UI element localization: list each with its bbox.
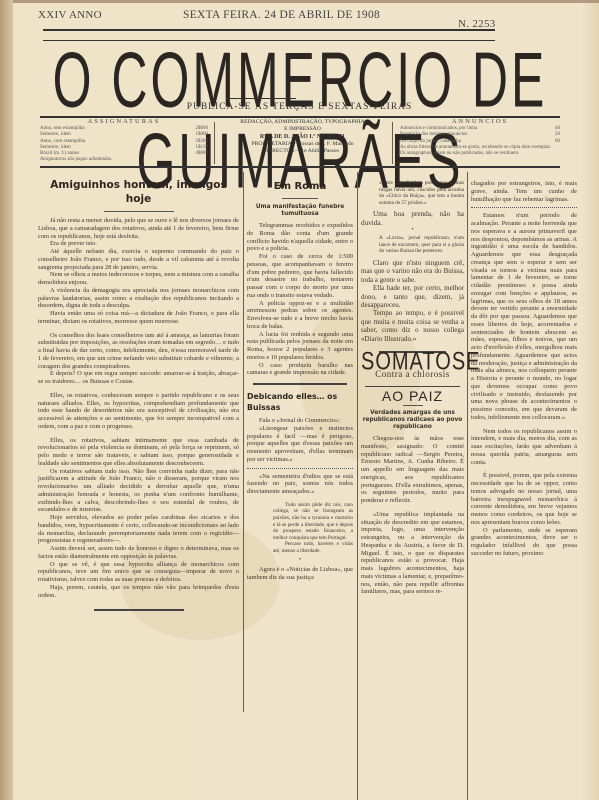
proprietor: PROPRIETARIA—Nossas de J. F. Machado (230, 141, 375, 148)
info-divider (214, 122, 215, 164)
end-ornament (94, 609, 184, 611)
subscriptions-note: Assignaturas são pagas adiantadas. (40, 157, 208, 163)
section-rule (253, 383, 347, 385)
headline-rule (403, 405, 423, 406)
publication-schedule: PUBLICA-SE ÁS TERÇAS E SEXTAS-FEIRAS (0, 102, 599, 112)
article-subhead: Verdades amargas de uns republicanos rad… (361, 410, 464, 431)
volume-label: XXIV ANNO (38, 9, 102, 21)
info-divider (392, 122, 393, 164)
page-binding-edge (0, 0, 13, 800)
article-headline: Amiguinhos hontem, inimigos hoje (38, 178, 239, 206)
article-headline: Debicando elles… os Buissas (247, 391, 353, 413)
top-edge (13, 0, 599, 3)
article-em-roma: Em Roma Uma manifestação funebre tumultu… (247, 180, 353, 582)
article-amiguinhos: Amiguinhos hontem, inimigos hoje Já não … (38, 178, 239, 611)
subscriptions-title: ASSIGNATURAS (40, 119, 208, 125)
asterism: • (361, 227, 464, 235)
column-divider (467, 172, 468, 800)
block-quote: «Entre os individuos presos nas ultimas … (379, 180, 464, 206)
block-quote: A «Lucta», jornal republicano, n'um lanc… (379, 235, 464, 255)
article-ao-paiz-continued: chagados por estrangeiros, isto, é mais … (471, 180, 577, 558)
issue-date: SEXTA FEIRA. 24 DE ABRIL DE 1908 (183, 9, 380, 21)
subscriptions-box: ASSIGNATURAS Anno, sem estampilha2$000 S… (40, 119, 208, 163)
office-address: RUA DE D. JOÃO I.º N.º 59 E 61 (260, 134, 345, 140)
block-quote: Tudo assim pôde diz nós, caro collega, s… (273, 502, 353, 555)
section-rule (365, 386, 460, 387)
somatose-ad-title: SOMATOSE (361, 358, 464, 368)
director: DIRECTOR—P.e Abilio Passos (230, 148, 375, 155)
ads-box: ANNUNCIOS Annuncios e communicados, por … (400, 119, 560, 163)
office-box: REDACÇÃO, ADMINISTRAÇÃO, TYPOGRAPHIA E I… (230, 119, 375, 155)
asterism: • (247, 557, 353, 565)
dotted-separator (247, 468, 353, 469)
ads-title: ANNUNCIOS (400, 119, 560, 125)
header-rule (43, 29, 495, 31)
column-divider (243, 172, 244, 712)
masthead-underline (226, 98, 296, 99)
column-divider (357, 172, 358, 800)
article-headline: Em Roma (247, 180, 353, 193)
article-headline: AO PAIZ (361, 393, 464, 401)
info-bottom-rule (40, 166, 560, 168)
article-buissas-continued: «Entre os individuos presos nas ultimas … (361, 180, 464, 596)
article-subhead: Uma manifestação funebre tumultuosa (247, 204, 353, 218)
dotted-separator (471, 207, 577, 208)
headline-rule (282, 198, 318, 199)
headline-rule (104, 211, 174, 212)
newspaper-page: XXIV ANNO SEXTA FEIRA. 24 DE ABRIL DE 19… (0, 0, 599, 800)
